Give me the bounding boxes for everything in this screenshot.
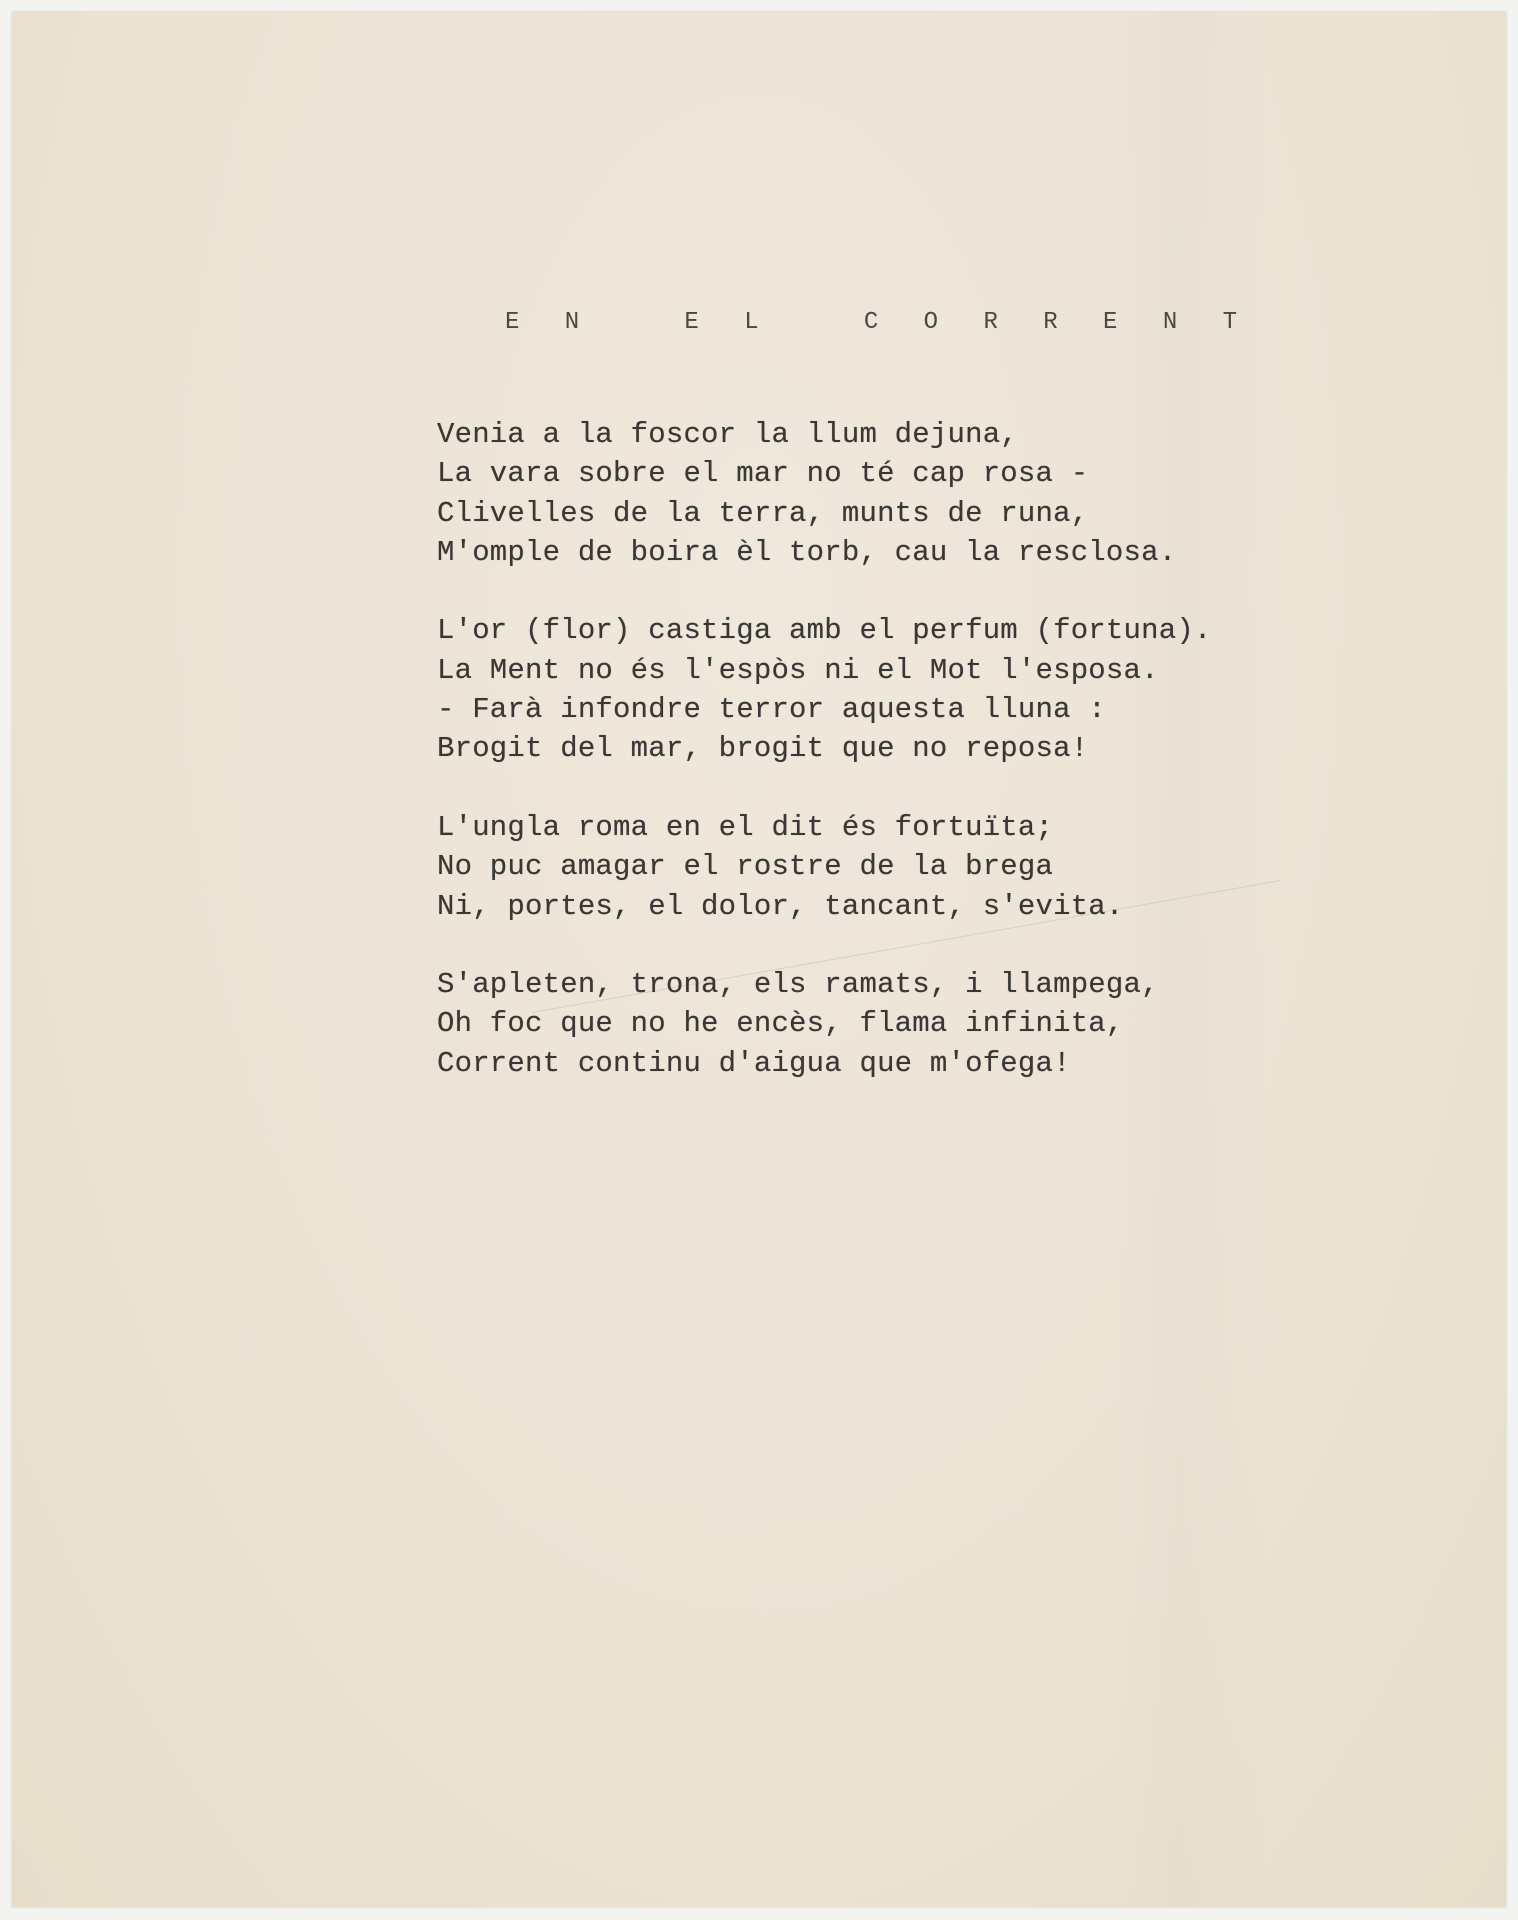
- poem-line: Venia a la foscor la llum dejuna,: [437, 415, 1212, 454]
- poem-line: No puc amagar el rostre de la brega: [437, 847, 1212, 886]
- poem-line: L'ungla roma en el dit és fortuïta;: [437, 808, 1212, 847]
- stanza-2: L'or (flor) castiga amb el perfum (fortu…: [437, 611, 1212, 768]
- poem-line: Oh foc que no he encès, flama infinita,: [437, 1004, 1212, 1043]
- poem-line: Ni, portes, el dolor, tancant, s'evita.: [437, 887, 1212, 926]
- poem-line: La vara sobre el mar no té cap rosa -: [437, 454, 1212, 493]
- poem-line: Clivelles de la terra, munts de runa,: [437, 494, 1212, 533]
- poem-body: Venia a la foscor la llum dejuna, La var…: [437, 415, 1212, 1083]
- stanza-1: Venia a la foscor la llum dejuna, La var…: [437, 415, 1212, 572]
- poem-title: E N E L C O R R E N T: [505, 306, 1253, 340]
- poem-line: S'apleten, trona, els ramats, i llampega…: [437, 965, 1212, 1004]
- stanza-4: S'apleten, trona, els ramats, i llampega…: [437, 965, 1212, 1083]
- poem-line: Corrent continu d'aigua que m'ofega!: [437, 1044, 1212, 1083]
- poem-line: Brogit del mar, brogit que no reposa!: [437, 729, 1212, 768]
- poem-line: La Ment no és l'espòs ni el Mot l'esposa…: [437, 651, 1212, 690]
- poem-line: - Farà infondre terror aquesta lluna :: [437, 690, 1212, 729]
- poem-line: M'omple de boira èl torb, cau la resclos…: [437, 533, 1212, 572]
- poem-line: L'or (flor) castiga amb el perfum (fortu…: [437, 611, 1212, 650]
- stanza-3: L'ungla roma en el dit és fortuïta; No p…: [437, 808, 1212, 926]
